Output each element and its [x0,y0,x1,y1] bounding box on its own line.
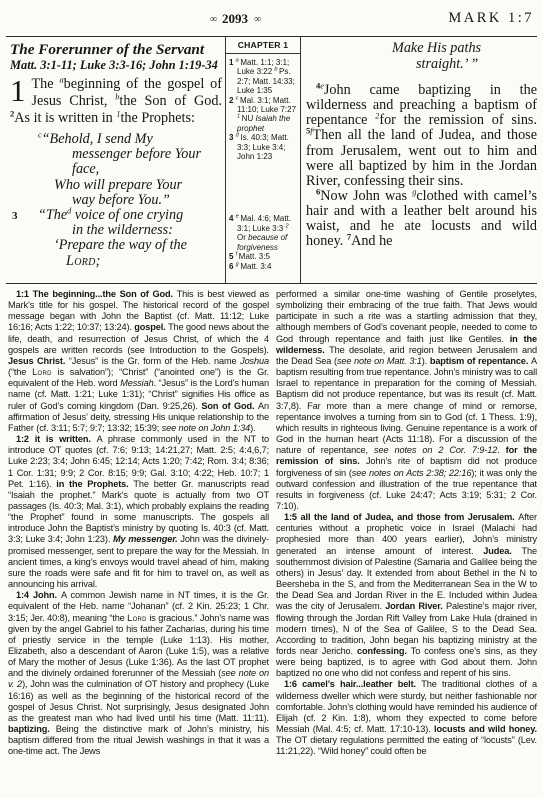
poetry-line: messenger before Your [10,147,222,162]
poetry-line: straight.’ ” [306,57,537,73]
parallel-references: Matt. 3:1-11; Luke 3:3-16; John 1:19-34 [10,58,222,73]
poetry-line: way before You.” [10,193,222,208]
scripture-right-column: Make His paths straight.’ ” 4eJohn came … [306,41,537,249]
poetry-block: Make His paths straight.’ ” [306,41,537,72]
poetry-line: in the wilderness: [10,223,222,238]
running-head: MARK 1:7 [448,10,534,27]
verse-paragraph: 6Now John was gclothed with camel’s hair… [306,189,537,249]
poetry-line: Who will prepare Your [10,178,222,193]
ornament-icon: ∞ [248,14,266,25]
page-number: 2093 [222,11,248,26]
cross-reference-column: CHAPTER 1 1 a Matt. 1:1; 3:1; Luke 3:22 … [225,36,301,283]
verse-1-text: The abeginning of the gospel of Jesus Ch… [10,76,222,126]
commentary-paragraph: 1:2 it is written. A phrase commonly use… [8,434,269,590]
poetry-line: face, [10,162,222,177]
crossref-entry: 1 a Matt. 1:1; 3:1; Luke 3:22 b Ps. 2:7;… [229,58,298,96]
commentary-right-column: performed a similar one-time washing of … [276,289,537,758]
ornament-icon: ∞ [204,14,222,25]
crossref-group: 4 e Mal. 4:6; Matt. 3:1; Luke 3:3 2 Or b… [226,214,300,270]
commentary-paragraph: 1:6 camel’s hair...leather belt. The tra… [276,679,537,757]
poetry-line: 3“Thed voice of one crying [10,208,222,223]
poetry-line: ‘Prepare the way of the [10,238,222,253]
commentary-paragraph: 1:4 John. A common Jewish name in NT tim… [8,590,269,757]
crossref-group: 1 a Matt. 1:1; 3:1; Luke 3:22 b Ps. 2:7;… [226,58,300,161]
crossref-entry: 6 g Matt. 3:4 [229,262,298,271]
verse-paragraph: 4eJohn came baptizing in the wilderness … [306,83,537,189]
commentary-left-column: 1:1 The beginning...the Son of God. This… [8,289,269,758]
chapter-heading: CHAPTER 1 [226,36,300,54]
poetry-block: c“Behold, I send My messenger before You… [10,132,222,269]
commentary-paragraph: 1:5 all the land of Judea, and those fro… [276,512,537,679]
scripture-left-column: The Forerunner of the Servant Matt. 3:1-… [10,41,222,269]
section-title: The Forerunner of the Servant [10,41,222,58]
poetry-line: c“Behold, I send My [10,132,222,147]
commentary-divider-rule [6,283,537,284]
crossref-entry: 3 d Is. 40:3; Matt. 3:3; Luke 3:4; John … [229,133,298,161]
crossref-entry: 2 c Mal. 3:1; Matt. 11:10; Luke 7:27 1 N… [229,96,298,134]
poetry-line: Make His paths [306,41,537,57]
commentary-paragraph: performed a similar one-time washing of … [276,289,537,512]
chapter-number-drop-cap: 1 [10,76,32,104]
page-header-center: ∞2093∞ [150,11,320,27]
poetry-line: Lord; [10,254,222,269]
crossref-entry: 4 e Mal. 4:6; Matt. 3:1; Luke 3:3 2 Or b… [229,214,298,252]
verse-1-paragraph: 1The abeginning of the gospel of Jesus C… [10,76,222,127]
bible-page: ∞2093∞ MARK 1:7 The Forerunner of the Se… [0,0,543,798]
commentary-paragraph: 1:1 The beginning...the Son of God. This… [8,289,269,434]
poetry-text: “Thed voice of one crying [38,207,183,223]
verse-number: 3 [12,209,18,224]
